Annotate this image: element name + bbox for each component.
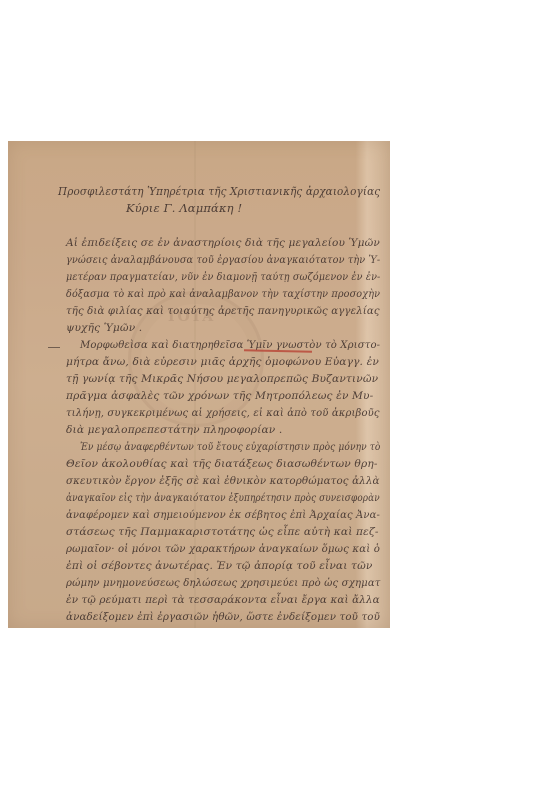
paragraph-3-line-1: Ἐν μέσῳ ἀναφερθέντων τοῦ ἔτους εὐχαρίστη… [80, 441, 381, 453]
paragraph-3-line-4: ἀναγκαῖον εἰς τὴν ἀναγκαιότατον ἐξυπηρέτ… [66, 492, 380, 504]
paragraph-2-line-6: διὰ μεγαλοπρεπεστάτην πληροφορίαν . [66, 424, 282, 436]
paragraph-3-line-8: ἐπὶ οἱ σέβοντες ἀνωτέρας. Ἐν τῷ ἀπορίᾳ τ… [66, 560, 372, 572]
paragraph-2-line-3: τῇ γωνίᾳ τῆς Μικρᾶς Νήσου μεγαλοπρεπῶς Β… [66, 373, 378, 385]
letter-salutation-line-2: Κύριε Γ. Λαμπάκη ! [126, 201, 242, 215]
paragraph-3-line-11: ἀναδείξομεν ἐπὶ ἐργασιῶν ἠθῶν, ὥστε ἐνδε… [66, 611, 380, 623]
paragraph-2-line-5: τιλήνῃ, συγκεκριμένως αἱ χρήσεις, εἰ καὶ… [66, 407, 380, 419]
paragraph-1-line-1: Αἱ ἐπιδείξεις σε ἐν ἀναστηρίοις διὰ τῆς … [66, 237, 380, 249]
paragraph-2-line-2: μήτρα ἄνω, διὰ εὐρεσιν μιᾶς ἀρχῆς ὁμοφών… [66, 356, 379, 368]
paragraph-3-line-10: ἐν τῷ ρεύματι περὶ τὰ τεσσαράκοντα εἶναι… [66, 594, 380, 606]
paragraph-2-line-1: Μορφωθεὶσα καὶ διατηρηθεῖσα Ὑμῖν γνωστὸν… [80, 339, 380, 351]
paragraph-1-line-5: τῆς διὰ φιλίας καὶ τοιαύτης ἀρετῆς πανηγ… [66, 305, 380, 317]
paragraph-3-line-5: ἀναφέρομεν καὶ σημειούμενον ἐκ σέβητος ἐ… [66, 509, 380, 521]
paragraph-3-line-2: Θεῖον ἀκολουθίας καὶ τῆς διατάξεως διασω… [66, 458, 378, 470]
paragraph-1-line-4: δόξασμα τὸ καὶ πρὸ καὶ ἀναλαμβανον τὴν τ… [66, 288, 380, 300]
paragraph-1-line-6: ψυχῆς Ὑμῶν . [66, 322, 142, 334]
paragraph-1-line-2: γνώσεις ἀναλαμβάνουσα τοῦ ἐργασίου ἀναγκ… [66, 254, 380, 266]
paragraph-3-line-3: σκευτικὸν ἔργον ἐξῆς σὲ καὶ ἐθνικὸν κατο… [66, 475, 380, 487]
page: ΙΟΙΑ Προσφιλεστάτη Ὑπηρέτρια τῆς Χριστια… [0, 0, 549, 800]
manuscript-sheet: ΙΟΙΑ Προσφιλεστάτη Ὑπηρέτρια τῆς Χριστια… [8, 141, 390, 628]
paragraph-3-line-6: στάσεως τῆς Παμμακαριστοτάτης ὡς εἶπε αὐ… [66, 526, 379, 538]
paragraph-3-line-7: ρωμαῖον· οἱ μόνοι τῶν χαρακτήρων ἀναγκαί… [66, 543, 380, 555]
paragraph-3-line-9: ρώμην μνημονεύσεως δηλώσεως χρησιμεύει π… [66, 577, 381, 589]
paragraph-1-line-3: μετέραν πραγματείαν, νῦν ἐν διαμονῇ ταύτ… [66, 271, 380, 283]
letter-salutation-line-1: Προσφιλεστάτη Ὑπηρέτρια τῆς Χριστιανικῆς… [58, 184, 380, 198]
paragraph-2-line-4: πρᾶγμα ἀσφαλὲς τῶν χρόνων τῆς Μητροπόλεω… [66, 390, 373, 402]
margin-dash-mark [48, 347, 60, 348]
